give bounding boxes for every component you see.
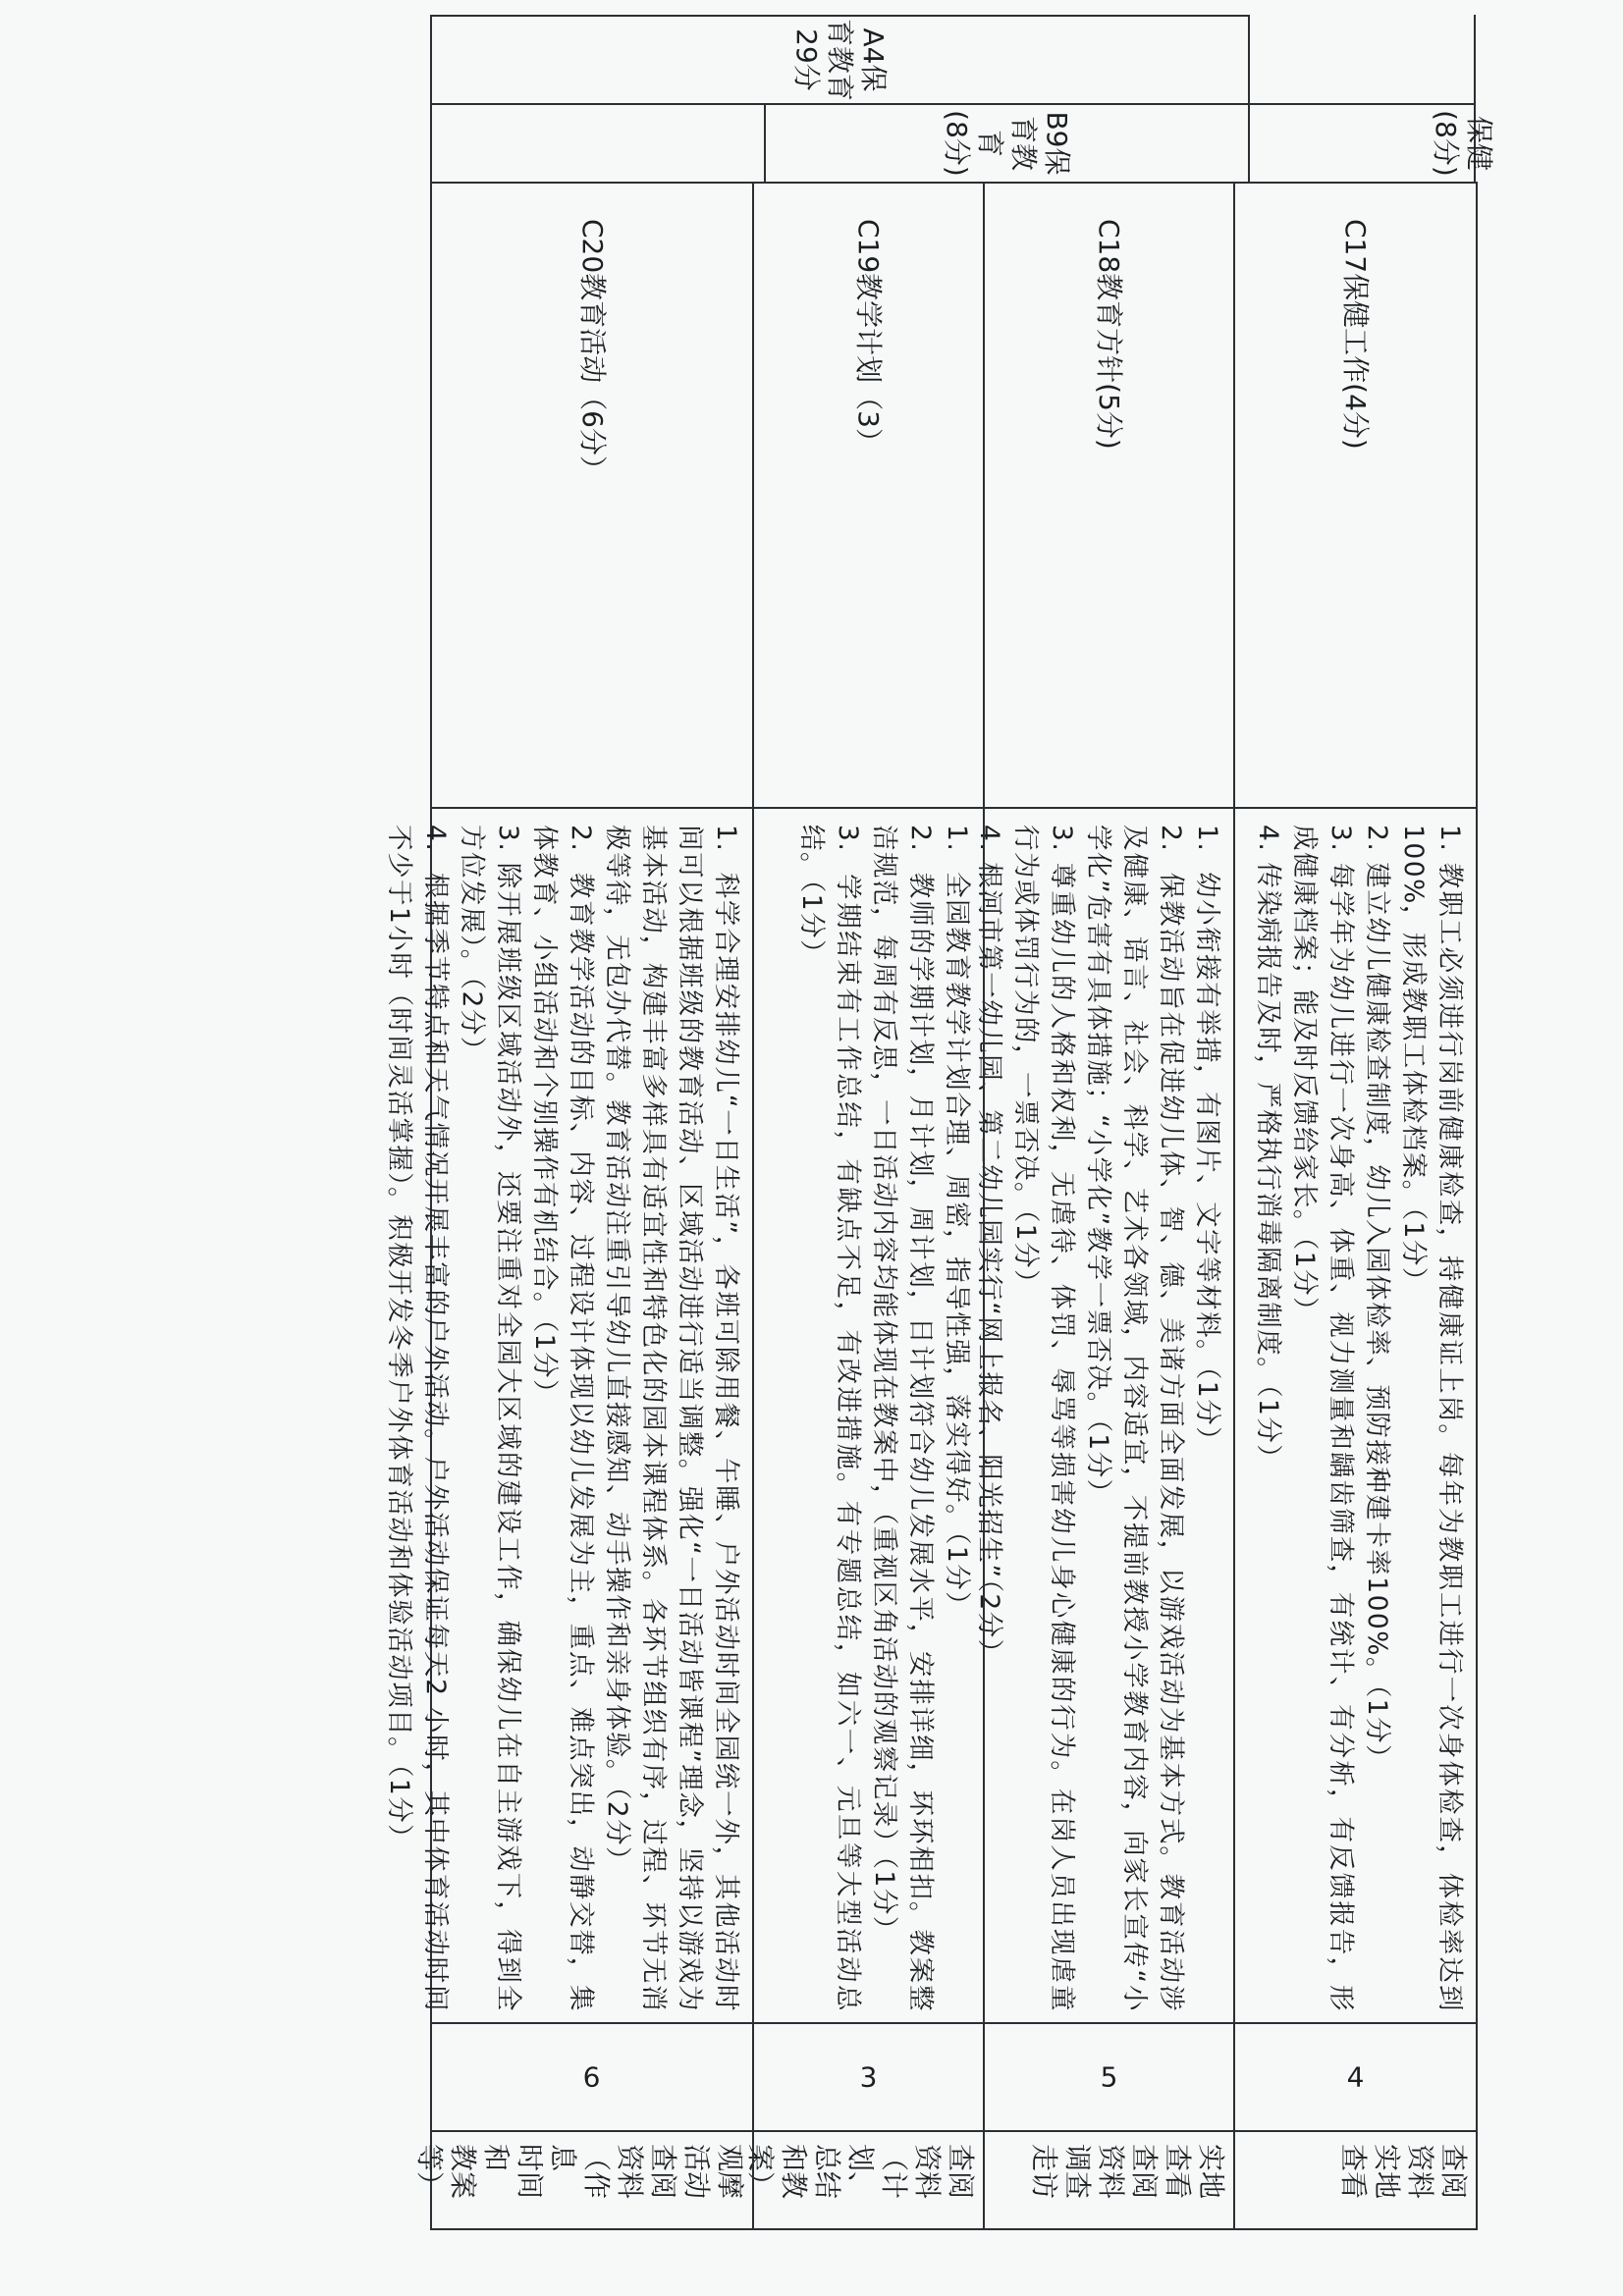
- criterion-label-cell: C17保健工作(4分): [1233, 182, 1478, 809]
- criterion-label-cell: C20教育活动（6分）: [430, 182, 754, 809]
- score-value: 5: [1101, 2060, 1118, 2093]
- scanned-page: A4保育教育29分 B9保育教育(8分) 保健(8分) C17保健工作(4分)1…: [0, 0, 1623, 2296]
- score-value: 4: [1347, 2060, 1365, 2093]
- method-line: 调查: [1060, 2144, 1094, 2199]
- method-line: 查看: [1161, 2144, 1194, 2199]
- section-a-text: A4保育教育29分: [790, 17, 891, 103]
- section-b-line: 育: [974, 110, 1007, 177]
- criterion-content: 1. 全园教育教学计划合理、周密，指导性强，落实得好。（1分） 2. 教师的学期…: [793, 825, 975, 2012]
- method-line: 等）: [412, 2144, 446, 2216]
- section-b-line: B9保: [1041, 110, 1074, 177]
- criterion-content-cell: 1. 全园教育教学计划合理、周密，指导性强，落实得好。（1分） 2. 教师的学期…: [752, 807, 985, 2024]
- method-line: （计: [877, 2144, 910, 2199]
- method-line: 实地: [1194, 2144, 1227, 2199]
- method-cell: 实地查看查阅资料调查走访: [983, 2130, 1235, 2230]
- previous-b-label: 保健(8分): [1429, 110, 1495, 177]
- section-b-label: B9保育教育(8分): [941, 110, 1074, 177]
- method-line: 资料: [1094, 2144, 1127, 2199]
- method-line: （作息: [546, 2144, 613, 2216]
- method-line: 资料: [613, 2144, 646, 2216]
- criterion-label: C20教育活动（6分）: [575, 219, 609, 483]
- assessment-method: 观摩活动查阅资料（作息时间和教案等）: [412, 2144, 746, 2216]
- criterion-content: 1. 幼小衔接有举措，有图片、文字等材料。（1分） 2. 保教活动旨在促进幼儿体…: [971, 825, 1225, 2012]
- method-line: 观摩: [713, 2144, 746, 2216]
- score-value: 3: [860, 2060, 878, 2093]
- score-cell: 4: [1233, 2022, 1478, 2132]
- criterion-content: 1. 教职工必须进行岗前健康检查，持健康证上岗。每年为教职工进行一次身体检查，体…: [1250, 825, 1468, 2012]
- score-cell: 6: [430, 2022, 754, 2132]
- section-a-empty-cell: [1248, 15, 1476, 105]
- section-a-label: A4保育教育29分: [790, 17, 891, 103]
- method-line: 查阅: [1436, 2144, 1470, 2199]
- criterion-label: C19教学计划（3）: [852, 219, 886, 455]
- method-cell: 查阅资料（计划、总结和教案）: [752, 2130, 985, 2230]
- method-line: 和教: [777, 2144, 810, 2199]
- method-line: 教案: [446, 2144, 479, 2216]
- method-cell: 查阅资料实地查看: [1233, 2130, 1478, 2230]
- section-b-line: 育教: [1007, 110, 1041, 177]
- criterion-content-cell: 1. 科学合理安排幼儿“一日生活”，各班可除用餐、午睡、户外活动时间全园统一外，…: [430, 807, 754, 2024]
- criterion-label-cell: C19教学计划（3）: [752, 182, 985, 809]
- method-line: 走访: [1027, 2144, 1060, 2199]
- method-line: 实地: [1370, 2144, 1403, 2199]
- assessment-method: 实地查看查阅资料调查走访: [1027, 2144, 1227, 2199]
- method-line: 查阅: [1127, 2144, 1161, 2199]
- score-value: 6: [583, 2060, 601, 2093]
- assessment-method: 查阅资料（计划、总结和教案）: [743, 2144, 977, 2199]
- method-cell: 观摩活动查阅资料（作息时间和教案等）: [430, 2130, 754, 2230]
- method-line: 划、: [843, 2144, 877, 2199]
- score-cell: 3: [752, 2022, 985, 2132]
- method-line: 查阅: [944, 2144, 977, 2199]
- section-b-line: (8分): [941, 110, 974, 177]
- method-line: 资料: [1403, 2144, 1436, 2199]
- method-line: 时间和: [479, 2144, 546, 2216]
- criterion-label: C17保健工作(4分): [1339, 219, 1373, 450]
- previous-b-cell: 保健(8分): [1248, 103, 1476, 184]
- section-a-cell: A4保育教育29分: [430, 15, 1250, 105]
- method-line: 查看: [1336, 2144, 1370, 2199]
- criterion-label: C18教育方针(5分): [1093, 219, 1126, 450]
- assessment-method: 查阅资料实地查看: [1336, 2144, 1470, 2199]
- previous-b-line: (8分): [1429, 110, 1462, 177]
- criterion-content: 1. 科学合理安排幼儿“一日生活”，各班可除用餐、午睡、户外活动时间全园统一外，…: [381, 825, 744, 2012]
- method-line: 资料: [910, 2144, 944, 2199]
- method-line: 查阅: [646, 2144, 679, 2216]
- section-b-empty-cell: [430, 103, 766, 184]
- method-line: 总结: [810, 2144, 843, 2199]
- score-cell: 5: [983, 2022, 1235, 2132]
- criterion-content-cell: 1. 幼小衔接有举措，有图片、文字等材料。（1分） 2. 保教活动旨在促进幼儿体…: [983, 807, 1235, 2024]
- criterion-label-cell: C18教育方针(5分): [983, 182, 1235, 809]
- previous-b-line: 保健: [1462, 110, 1495, 177]
- section-b-cell: B9保育教育(8分): [764, 103, 1250, 184]
- method-line: 活动: [679, 2144, 713, 2216]
- criterion-content-cell: 1. 教职工必须进行岗前健康检查，持健康证上岗。每年为教职工进行一次身体检查，体…: [1233, 807, 1478, 2024]
